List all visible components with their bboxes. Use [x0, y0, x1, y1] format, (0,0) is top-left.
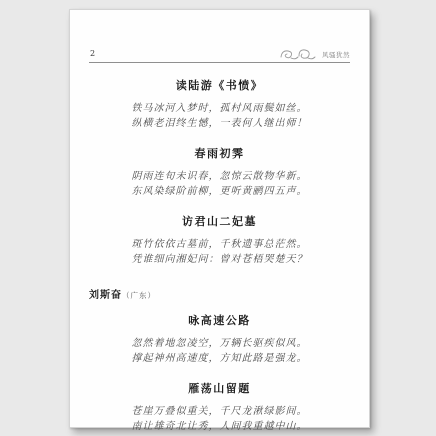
poem-block: 读陆游《书愤》铁马冰河入梦时，孤村风雨鬓如丝。纵横老泪终生憾，一表何人继出师！ [89, 77, 350, 131]
verse-line: 铁马冰河入梦时，孤村风雨鬓如丝。 [89, 101, 350, 116]
verse-line: 凭谁细向湘妃问：曾对苍梧哭楚天？ [89, 252, 350, 267]
page-header: 2 风骚犹然 [89, 47, 350, 63]
verse-line: 斑竹依依古墓前，千秋遗事总茫然。 [89, 237, 350, 252]
author-name: 刘斯奋 [89, 290, 122, 301]
book-scan-canvas: 2 风骚犹然 读陆游《书愤》铁马冰河入梦时，孤村风雨鬓如丝。纵横老泪终生憾，一表… [0, 0, 436, 436]
book-page: 2 风骚犹然 读陆游《书愤》铁马冰河入梦时，孤村风雨鬓如丝。纵横老泪终生憾，一表… [69, 9, 370, 428]
page-number: 2 [89, 49, 95, 59]
poem-block: 访君山二妃墓斑竹依依古墓前，千秋遗事总茫然。凭谁细向湘妃问：曾对苍梧哭楚天？ [89, 213, 350, 267]
author-block: 刘斯奋（广东） [89, 283, 350, 302]
poem-title: 春雨初霁 [89, 145, 350, 161]
poem-block: 春雨初霁阴雨连旬未识春，忽惊云散物华新。东风染绿阶前柳，更听黄鹂四五声。 [89, 145, 350, 199]
verse-line: 撑起神州高速度，方知此路是强龙。 [89, 351, 350, 366]
verse-line: 纵横老泪终生憾，一表何人继出师！ [89, 116, 350, 131]
author-region: （广东） [122, 291, 156, 300]
verse-line: 南让雄奇北让秀，人间我重越中山。 [89, 419, 350, 434]
verse-line: 阴雨连旬未识春，忽惊云散物华新。 [89, 169, 350, 184]
verse-line: 苍崖万叠似重关，千尺龙湫绿影间。 [89, 404, 350, 419]
poem-title: 咏高速公路 [89, 312, 350, 328]
verse-line: 东风染绿阶前柳，更听黄鹂四五声。 [89, 184, 350, 199]
poem-block: 雁荡山留题苍崖万叠似重关，千尺龙湫绿影间。南让雄奇北让秀，人间我重越中山。 [89, 380, 350, 434]
page-body: 读陆游《书愤》铁马冰河入梦时，孤村风雨鬓如丝。纵横老泪终生憾，一表何人继出师！春… [89, 77, 350, 434]
running-head-title: 风骚犹然 [322, 51, 350, 59]
poem-block: 咏高速公路忽然着地忽凌空，万辆长驱疾似风。撑起神州高速度，方知此路是强龙。 [89, 312, 350, 366]
poem-title: 读陆游《书愤》 [89, 77, 350, 93]
poem-title: 访君山二妃墓 [89, 213, 350, 229]
verse-line: 忽然着地忽凌空，万辆长驱疾似风。 [89, 336, 350, 351]
cloud-swirl-icon [279, 47, 319, 62]
running-head: 风骚犹然 [279, 47, 350, 59]
poem-title: 雁荡山留题 [89, 380, 350, 396]
